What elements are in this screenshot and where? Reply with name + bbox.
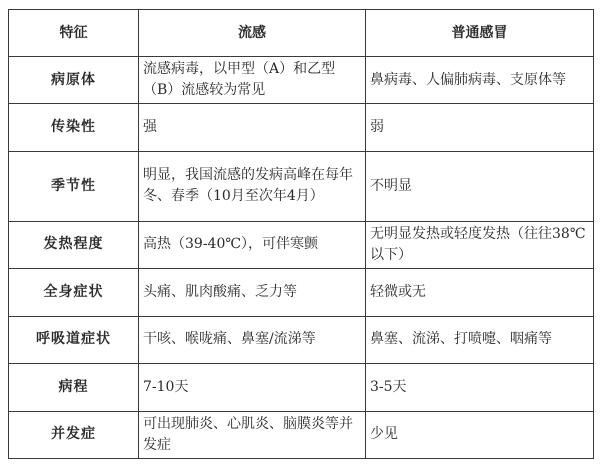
- flu-value: 高热（39-40℃），可伴寒颤: [139, 221, 366, 268]
- feature-label: 传染性: [9, 104, 139, 151]
- table-row-respiratory-symptoms: 呼吸道症状 干咳、喉咙痛、鼻塞/流涕等 鼻塞、流涕、打喷嚏、咽痛等: [9, 316, 594, 363]
- table-row-complications: 并发症 可出现肺炎、心肌炎、脑膜炎等并发症 少见: [9, 411, 594, 459]
- feature-label: 全身症状: [9, 269, 139, 316]
- flu-value: 强: [139, 104, 366, 151]
- table-row-course: 病程 7-10天 3-5天: [9, 364, 594, 411]
- flu-value: 流感病毒，以甲型（A）和乙型（B）流感较为常见: [139, 57, 366, 104]
- table-row-fever: 发热程度 高热（39-40℃），可伴寒颤 无明显发热或轻度发热（往往38℃以下）: [9, 221, 594, 268]
- cold-value: 鼻病毒、人偏肺病毒、支原体等: [366, 57, 594, 104]
- feature-label: 呼吸道症状: [9, 316, 139, 363]
- header-feature: 特征: [9, 10, 139, 57]
- table-row-seasonality: 季节性 明显，我国流感的发病高峰在每年冬、春季（10月至次年4月） 不明显: [9, 151, 594, 221]
- header-common-cold: 普通感冒: [366, 10, 594, 57]
- flu-value: 头痛、肌肉酸痛、乏力等: [139, 269, 366, 316]
- header-row: 特征 流感 普通感冒: [9, 10, 594, 57]
- feature-label: 并发症: [9, 411, 139, 459]
- feature-label: 病原体: [9, 57, 139, 104]
- flu-vs-cold-comparison-table: 特征 流感 普通感冒 病原体 流感病毒，以甲型（A）和乙型（B）流感较为常见 鼻…: [8, 9, 594, 459]
- table-row-pathogen: 病原体 流感病毒，以甲型（A）和乙型（B）流感较为常见 鼻病毒、人偏肺病毒、支原…: [9, 57, 594, 104]
- cold-value: 弱: [366, 104, 594, 151]
- cold-value: 轻微或无: [366, 269, 594, 316]
- feature-label: 发热程度: [9, 221, 139, 268]
- table-row-systemic-symptoms: 全身症状 头痛、肌肉酸痛、乏力等 轻微或无: [9, 269, 594, 316]
- cold-value: 3-5天: [366, 364, 594, 411]
- cold-value: 无明显发热或轻度发热（往往38℃以下）: [366, 221, 594, 268]
- flu-value: 干咳、喉咙痛、鼻塞/流涕等: [139, 316, 366, 363]
- flu-value: 明显，我国流感的发病高峰在每年冬、春季（10月至次年4月）: [139, 151, 366, 221]
- table-row-contagiousness: 传染性 强 弱: [9, 104, 594, 151]
- header-flu: 流感: [139, 10, 366, 57]
- flu-value: 可出现肺炎、心肌炎、脑膜炎等并发症: [139, 411, 366, 459]
- cold-value: 少见: [366, 411, 594, 459]
- cold-value: 鼻塞、流涕、打喷嚏、咽痛等: [366, 316, 594, 363]
- cold-value: 不明显: [366, 151, 594, 221]
- feature-label: 季节性: [9, 151, 139, 221]
- flu-value: 7-10天: [139, 364, 366, 411]
- feature-label: 病程: [9, 364, 139, 411]
